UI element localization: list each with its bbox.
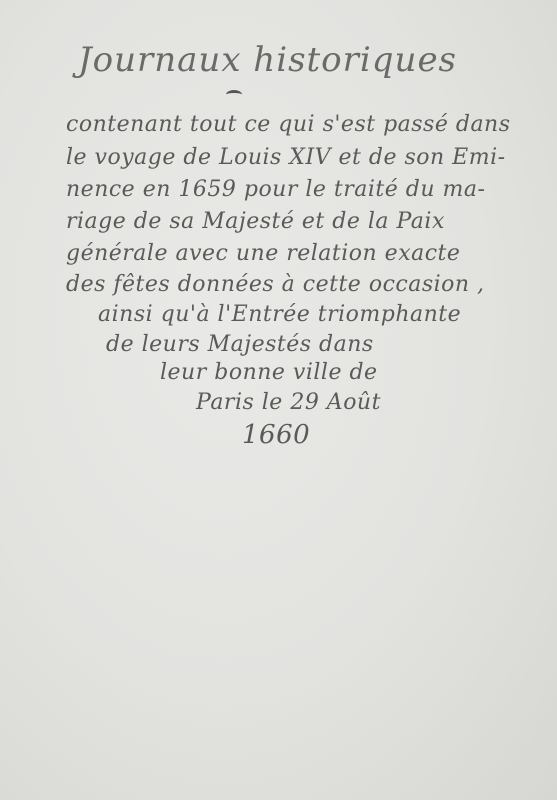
manuscript-title: Journaux historiques [78, 40, 457, 80]
text-line-6: des fêtes données à cette occasion , [66, 272, 485, 297]
text-line-7: ainsi qu'à l'Entrée triomphante [98, 302, 461, 327]
text-line-5: générale avec une relation exacte [66, 241, 460, 266]
text-line-8: de leurs Majestés dans [106, 332, 374, 357]
text-line-9: leur bonne ville de [160, 360, 378, 385]
manuscript-page: Journaux historiques contenant tout ce q… [0, 0, 557, 800]
text-line-10: Paris le 29 Août [196, 390, 381, 415]
ink-mark [226, 90, 242, 99]
text-line-4: riage de sa Majesté et de la Paix [66, 209, 445, 234]
text-line-3: nence en 1659 pour le traité du ma- [66, 177, 485, 202]
text-line-2: le voyage de Louis XIV et de son Emi- [66, 145, 506, 170]
text-line-1: contenant tout ce qui s'est passé dans [66, 112, 511, 137]
text-line-year: 1660 [242, 420, 310, 450]
